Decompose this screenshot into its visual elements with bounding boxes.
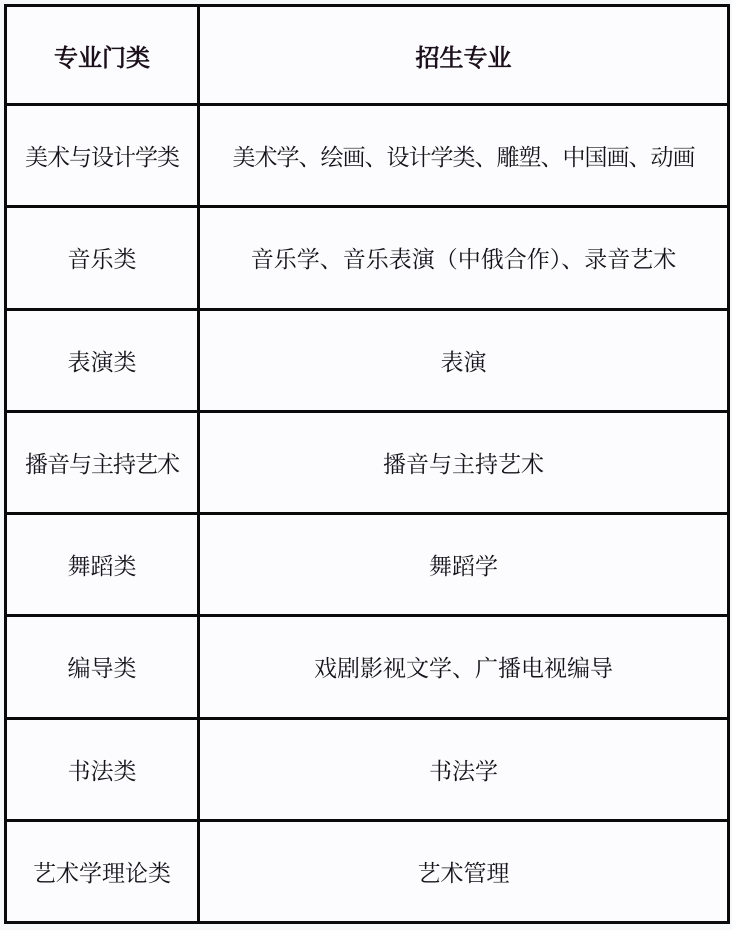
header-category: 专业门类 — [6, 6, 199, 105]
row-majors: 舞蹈学 — [199, 514, 729, 616]
row-majors: 音乐学、音乐表演（中俄合作）、录音艺术 — [199, 207, 729, 309]
row-category: 播音与主持艺术 — [6, 411, 199, 513]
row-majors: 书法学 — [199, 718, 729, 820]
majors-table-container: 专业门类 招生专业 美术与设计学类 美术学、绘画、设计学类、雕塑、中国画、动画 … — [4, 4, 727, 924]
row-category: 音乐类 — [6, 207, 199, 309]
header-majors: 招生专业 — [199, 6, 729, 105]
row-category: 舞蹈类 — [6, 514, 199, 616]
majors-table: 专业门类 招生专业 美术与设计学类 美术学、绘画、设计学类、雕塑、中国画、动画 … — [4, 4, 730, 924]
table-row: 艺术学理论类 艺术管理 — [6, 820, 729, 922]
row-majors: 戏剧影视文学、广播电视编导 — [199, 616, 729, 718]
row-category: 编导类 — [6, 616, 199, 718]
row-majors: 表演 — [199, 309, 729, 411]
row-majors: 艺术管理 — [199, 820, 729, 922]
row-majors: 美术学、绘画、设计学类、雕塑、中国画、动画 — [199, 105, 729, 207]
table-row: 表演类 表演 — [6, 309, 729, 411]
table-row: 编导类 戏剧影视文学、广播电视编导 — [6, 616, 729, 718]
table-row: 舞蹈类 舞蹈学 — [6, 514, 729, 616]
row-category: 艺术学理论类 — [6, 820, 199, 922]
row-category: 美术与设计学类 — [6, 105, 199, 207]
row-majors: 播音与主持艺术 — [199, 411, 729, 513]
table-header-row: 专业门类 招生专业 — [6, 6, 729, 105]
row-category: 表演类 — [6, 309, 199, 411]
table-row: 播音与主持艺术 播音与主持艺术 — [6, 411, 729, 513]
table-row: 音乐类 音乐学、音乐表演（中俄合作）、录音艺术 — [6, 207, 729, 309]
table-row: 书法类 书法学 — [6, 718, 729, 820]
row-category: 书法类 — [6, 718, 199, 820]
table-row: 美术与设计学类 美术学、绘画、设计学类、雕塑、中国画、动画 — [6, 105, 729, 207]
